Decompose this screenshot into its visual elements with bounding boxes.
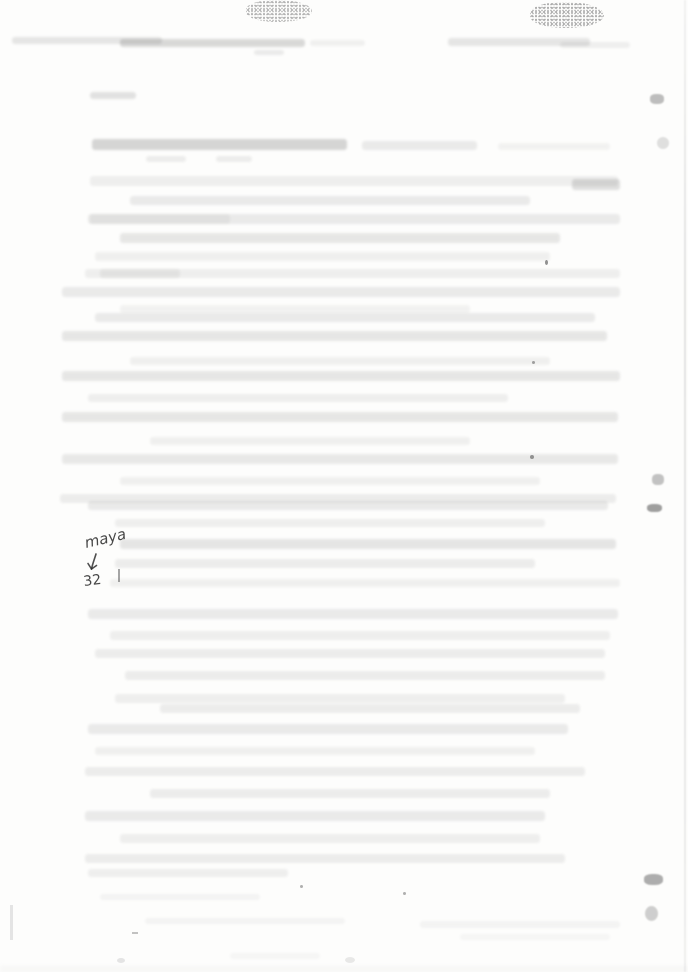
faded-text-line	[62, 371, 620, 381]
faded-text-line	[62, 287, 620, 297]
margin-pen-mark	[645, 906, 658, 921]
faded-text-line	[125, 671, 605, 680]
faded-text-line	[498, 143, 610, 150]
faded-text-line	[460, 934, 610, 940]
margin-pen-mark	[650, 94, 664, 104]
faded-text-line	[90, 176, 618, 186]
faded-text-line	[110, 631, 610, 640]
margin-pen-mark	[644, 874, 663, 885]
faded-text-line	[130, 357, 550, 365]
page-bottom-shade	[0, 966, 688, 972]
faded-text-line	[254, 50, 284, 55]
dirt-speck	[532, 361, 535, 364]
faded-text-line	[230, 953, 320, 959]
faded-text-line	[120, 233, 560, 243]
faded-text-line	[120, 477, 540, 485]
dirt-speck	[403, 892, 406, 895]
dirt-speck	[10, 905, 13, 940]
faded-text-line	[420, 921, 620, 928]
faded-text-line	[88, 394, 508, 402]
dirt-speck	[117, 958, 125, 963]
faded-text-line	[310, 40, 365, 46]
faded-text-line	[150, 789, 550, 798]
faded-text-line	[95, 747, 535, 755]
margin-pen-mark	[657, 137, 669, 149]
faded-text-line	[146, 156, 186, 162]
faded-text-line	[120, 539, 616, 549]
faded-text-line	[85, 854, 565, 863]
faded-text-line	[62, 454, 618, 464]
faded-text-line	[85, 811, 545, 821]
scanned-document-page: maya 32	[0, 0, 688, 972]
faded-text-line	[95, 313, 595, 322]
faded-text-line	[160, 704, 580, 713]
faded-text-line	[100, 894, 260, 900]
margin-pen-mark	[652, 474, 664, 485]
faded-text-line	[88, 501, 608, 510]
faded-text-line	[560, 42, 630, 48]
faded-text-line	[62, 412, 618, 422]
faded-text-line	[130, 196, 530, 205]
faded-text-line	[88, 724, 568, 734]
dirt-speck	[300, 885, 303, 888]
faded-text-line	[95, 649, 605, 658]
ink-stain	[246, 0, 312, 22]
faded-text-line	[85, 767, 585, 776]
faded-text-line	[115, 694, 565, 703]
ink-stain	[530, 2, 604, 28]
faded-text-line	[88, 869, 288, 877]
faded-text-line	[150, 437, 470, 445]
margin-pen-mark	[647, 504, 662, 512]
faded-text-line	[90, 214, 230, 224]
faded-text-line	[145, 918, 345, 924]
faded-text-line	[362, 141, 477, 150]
faded-text-line	[95, 252, 550, 261]
faded-text-line	[115, 559, 535, 568]
page-edge-shadow	[684, 0, 686, 972]
down-arrow-icon	[88, 554, 97, 569]
dirt-speck	[545, 260, 548, 265]
faded-text-line	[572, 179, 620, 190]
faded-text-line	[115, 519, 545, 527]
dirt-speck	[132, 932, 138, 934]
faded-text-line	[100, 269, 180, 278]
faded-text-line	[216, 156, 252, 162]
faded-text-line	[120, 305, 470, 313]
handwritten-word: maya	[83, 525, 128, 552]
faded-text-line	[120, 39, 305, 47]
faded-text-line	[92, 139, 347, 150]
faded-text-line	[90, 92, 136, 99]
faded-text-line	[110, 579, 620, 587]
faded-text-line	[88, 609, 618, 619]
handwritten-annotation: maya 32	[78, 524, 168, 594]
faded-text-line	[120, 834, 540, 843]
dirt-speck	[345, 957, 355, 963]
handwritten-number: 32	[83, 572, 103, 590]
dirt-speck	[530, 455, 534, 459]
faded-text-line	[62, 331, 607, 341]
